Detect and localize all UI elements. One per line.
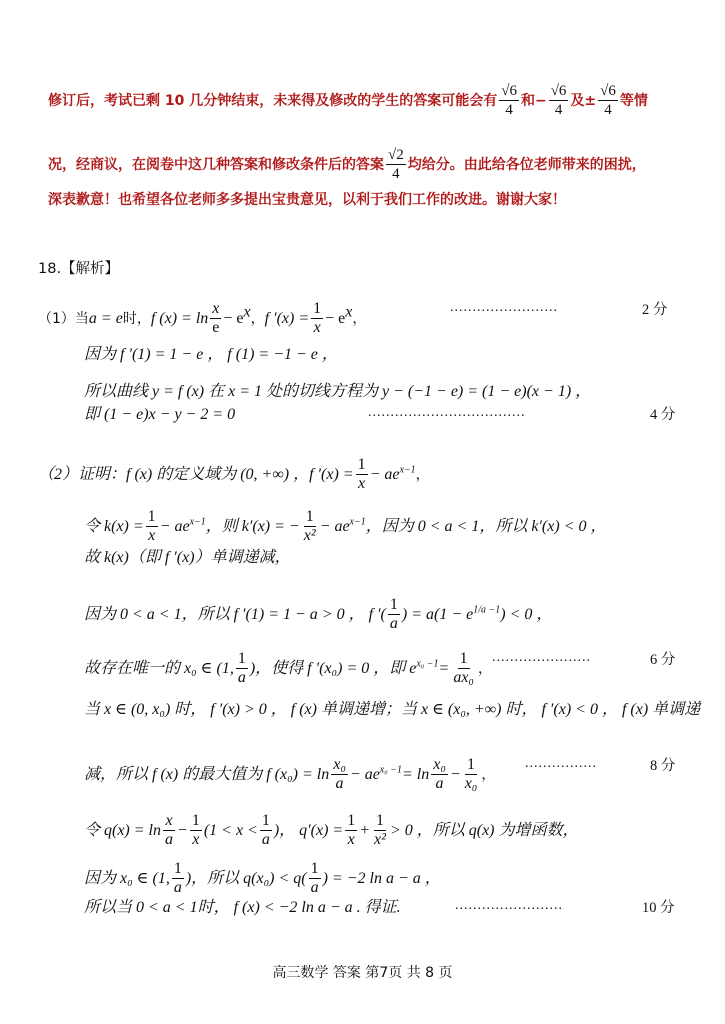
fraction: 1x xyxy=(311,300,323,337)
math: f ′(x) = xyxy=(265,309,310,329)
text: （1）当 xyxy=(38,309,89,329)
part2-line-1: （2）证明：f (x) 的定义域为 (0, +∞) ，f ′(x) = 1x −… xyxy=(38,456,430,493)
fraction: 1x xyxy=(345,812,357,849)
fraction: x₀a xyxy=(331,756,348,793)
math: )，使得 f ′(x₀) = 0 ，即 ex₀ −1 xyxy=(250,659,439,679)
part1-line-3: 所以曲线 y = f (x) 在 x = 1 处的切线方程为 y − (−1 −… xyxy=(84,382,591,402)
math: )， q′(x) = xyxy=(274,821,343,841)
math: − aex₀ −1 xyxy=(350,765,402,785)
math: 因为 0 < a < 1，所以 f ′(1) = 1 − a > 0 ， f ′… xyxy=(84,605,386,625)
notice-line-3: 深表歉意！也希望各位老师多多提出宝贵意见，以利于我们工作的改进。谢谢大家！ xyxy=(48,190,566,210)
math: 故存在唯一的 x₀ ∈ (1, xyxy=(84,659,234,679)
fraction: 1a xyxy=(236,650,248,687)
math: ) = a(1 − e1/a −1 xyxy=(402,605,500,625)
score-4: 4 分 xyxy=(650,405,675,425)
part2-line-7: 减，所以 f (x) 的最大值为 f (x₀) = ln x₀a − aex₀ … xyxy=(84,756,495,793)
problem-header: 18.【解析】 xyxy=(38,257,119,278)
part1-line-2: 因为 f ′(1) = 1 − e ， f (1) = −1 − e ， xyxy=(84,345,338,365)
math: f (x) = ln xyxy=(151,309,208,329)
score-8: 8 分 xyxy=(650,756,675,776)
page-footer: 高三数学 答案 第7页 共 8 页 xyxy=(0,962,725,982)
part2-line-10: 所以当 0 < a < 1时， f (x) < −2 ln a − a . 得证… xyxy=(84,898,401,918)
part2-line-2: 令 k(x) = 1x − aex−1 ，则 k′(x) = − 1x² − a… xyxy=(84,508,607,545)
notice-text: 和− xyxy=(521,91,547,111)
fraction-sqrt6-over-4: √64 xyxy=(549,82,569,119)
fraction-sqrt6-over-4: √64 xyxy=(598,82,618,119)
fraction: 1a xyxy=(309,860,321,897)
part2-line-6: 当 x ∈ (0, x₀) 时， f ′(x) > 0 ， f (x) 单调递增… xyxy=(84,700,700,720)
fraction: 1ax₀ xyxy=(451,650,476,687)
math: − aex−1 xyxy=(160,517,206,537)
notice-line-2: 况，经商议，在阅卷中这几种答案和修改条件后的答案 √24 均给分。由此给各位老师… xyxy=(48,146,646,183)
fraction: xe xyxy=(210,300,221,337)
math: > 0 ，所以 q(x) 为增函数， xyxy=(390,821,579,841)
part2-line-9: 因为 x₀ ∈ (1, 1a )，所以 q(x₀) < q( 1a ) = −2… xyxy=(84,860,441,897)
fraction: 1a xyxy=(172,860,184,897)
math: ，则 k′(x) = − xyxy=(206,517,300,537)
score-2: 2 分 xyxy=(642,300,667,320)
score-dots: ........................ xyxy=(455,898,563,914)
text: 时， xyxy=(123,309,151,329)
math: )，所以 q(x₀) < q( xyxy=(186,869,307,889)
math: 因为 x₀ ∈ (1, xyxy=(84,869,170,889)
math: − xyxy=(177,821,188,841)
score-6: 6 分 xyxy=(650,650,675,670)
math: = xyxy=(439,659,450,679)
text: ， xyxy=(352,309,366,329)
notice-text: 等情 xyxy=(620,91,648,111)
math: 令 k(x) = xyxy=(84,517,144,537)
fraction-sqrt6-over-4: √64 xyxy=(499,82,519,119)
text: ， xyxy=(416,465,430,485)
notice-text: 深表歉意！也希望各位老师多多提出宝贵意见，以利于我们工作的改进。谢谢大家！ xyxy=(48,190,566,210)
notice-line-1: 修订后，考试已剩 10 几分钟结束，未来得及修改的学生的答案可能会有 √64 和… xyxy=(48,82,648,119)
text: ， xyxy=(478,659,492,679)
math: + xyxy=(359,821,370,841)
math: − ex xyxy=(325,309,352,329)
score-dots: ........................ xyxy=(450,300,558,316)
fraction: 1a xyxy=(388,596,400,633)
part2-line-4: 因为 0 < a < 1，所以 f ′(1) = 1 − a > 0 ， f ′… xyxy=(84,596,552,633)
notice-text: 修订后，考试已剩 10 几分钟结束，未来得及修改的学生的答案可能会有 xyxy=(48,91,497,111)
math: − aex−1 xyxy=(370,465,416,485)
math: （2）证明：f (x) 的定义域为 (0, +∞) ，f ′(x) = xyxy=(38,465,354,485)
fraction: 1x xyxy=(356,456,368,493)
score-dots: ...................... xyxy=(492,650,591,666)
text: ， xyxy=(481,765,495,785)
math: − aex−1 xyxy=(320,517,366,537)
fraction: 1x² xyxy=(372,812,388,849)
part1-line-4: 即 (1 − e)x − y − 2 = 0 xyxy=(84,405,235,425)
part2-line-5: 故存在唯一的 x₀ ∈ (1, 1a )，使得 f ′(x₀) = 0 ，即 e… xyxy=(84,650,492,687)
fraction-sqrt2-over-4: √24 xyxy=(386,146,406,183)
notice-text: 均给分。由此给各位老师带来的困扰， xyxy=(408,155,646,175)
math: a = e xyxy=(89,309,123,329)
math: 减，所以 f (x) 的最大值为 f (x₀) = ln xyxy=(84,765,329,785)
answer-page: 修订后，考试已剩 10 几分钟结束，未来得及修改的学生的答案可能会有 √64 和… xyxy=(0,0,725,1024)
math: ) < 0 ， xyxy=(500,605,552,625)
fraction: x₀a xyxy=(431,756,448,793)
score-dots: ................................... xyxy=(368,405,526,421)
fraction: 1x xyxy=(190,812,202,849)
math: 令 q(x) = ln xyxy=(84,821,161,841)
math: − xyxy=(450,765,461,785)
fraction: xa xyxy=(163,812,175,849)
fraction: 1x xyxy=(146,508,158,545)
part2-line-3: 故 k(x)（即 f ′(x)）单调递减， xyxy=(84,548,291,568)
math: (1 < x < xyxy=(204,821,258,841)
part2-line-8: 令 q(x) = ln xa − 1x (1 < x < 1a )， q′(x)… xyxy=(84,812,579,849)
part1-line-1: （1）当 a = e 时， f (x) = ln xe − ex ， f ′(x… xyxy=(38,300,366,337)
math: ，因为 0 < a < 1，所以 k′(x) < 0 ， xyxy=(366,517,607,537)
fraction: 1x₀ xyxy=(463,756,480,793)
math: − ex xyxy=(223,309,250,329)
fraction: 1x² xyxy=(302,508,318,545)
score-10: 10 分 xyxy=(642,898,675,918)
notice-text: 及± xyxy=(570,91,596,111)
text: ， xyxy=(251,309,265,329)
fraction: 1a xyxy=(260,812,272,849)
notice-text: 况，经商议，在阅卷中这几种答案和修改条件后的答案 xyxy=(48,155,384,175)
math: ) = −2 ln a − a ， xyxy=(323,869,441,889)
score-dots: ................ xyxy=(525,756,597,772)
math: = ln xyxy=(402,765,429,785)
